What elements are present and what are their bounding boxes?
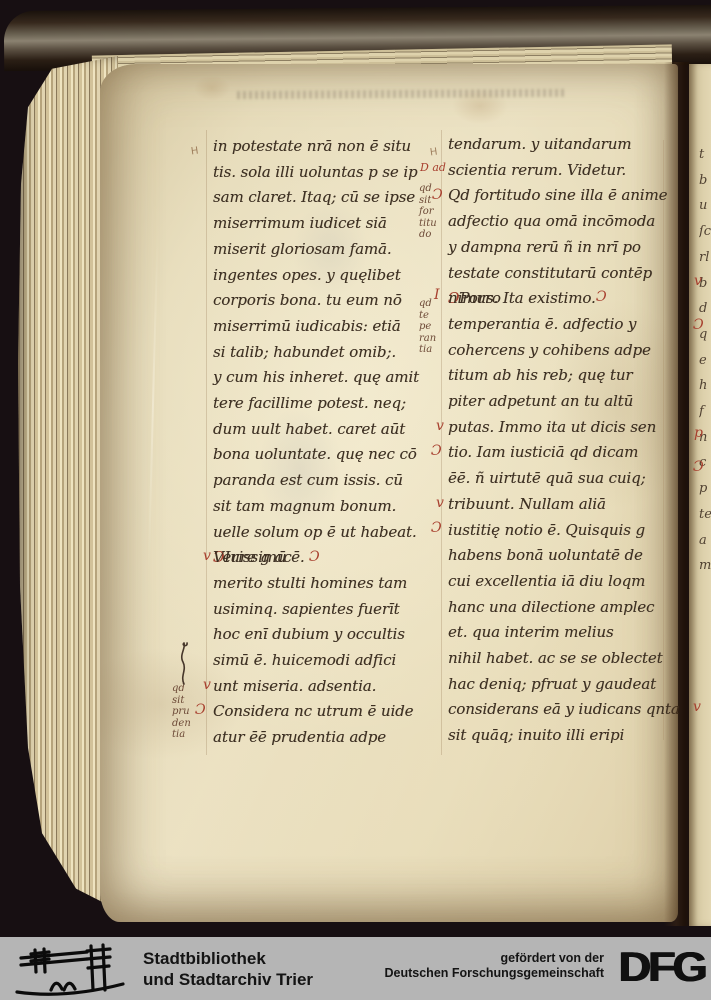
rubric-mark: v (436, 419, 444, 433)
manuscript-line: habens bonā uoluntatē de (448, 543, 676, 569)
manuscript-line: piter adpetunt an tu altū (448, 389, 676, 415)
margin-note-word: for (419, 206, 437, 218)
manuscript-line: scientia rerum. Videtur. (448, 158, 676, 184)
line-segment: Iure g ac (224, 545, 291, 571)
manuscript-line: miserrimū iudicabis: etiā (213, 314, 441, 340)
nota-flourish-icon (175, 640, 193, 686)
margin-note-word: titu (419, 218, 437, 230)
funding-credit: gefördert von der Deutschen Forschungsge… (280, 951, 604, 980)
rubric-mark: Ɔ (431, 521, 442, 535)
margin-note-word: qd (419, 183, 437, 195)
rubric-mark: v (203, 678, 211, 692)
rubric-mark: Ɔ (431, 444, 442, 458)
manuscript-line: tio. Iam iusticiā qd dicam (448, 440, 676, 466)
pencil-mark: H (190, 146, 199, 158)
line-segment: Porro (459, 286, 500, 312)
facing-page-text-fragments: tbuſcrlbdqehfncpteam (699, 142, 711, 682)
manuscript-line: sit quāq; inuito illi eripi (448, 723, 676, 749)
manuscript-line: cohercens y cohibens adpe (448, 338, 676, 364)
margin-note-word: tia (419, 344, 436, 356)
manuscript-line: y cum his inheret. quę amit (213, 365, 441, 391)
manuscript-line: miserit gloriosam famā. (213, 237, 441, 263)
margin-note-fortitudo: qd sit for titu do (419, 183, 437, 241)
manuscript-line: tis. sola illi uoluntas p se ip (213, 160, 441, 186)
pencil-mark: H (429, 147, 438, 159)
manuscript-line: ingentes opes. y quęlibet (213, 263, 441, 289)
manuscript-line: testate constitutarū contēp (448, 261, 676, 287)
book-gutter (664, 62, 691, 926)
manuscript-line: Considera nc utrum ē uide (213, 699, 441, 725)
rubric-mark: v (436, 496, 444, 510)
manuscript-line: hoc enī dubium y occultis (213, 622, 441, 648)
ruling-line (206, 130, 207, 755)
rubric-mark: Ɔ (693, 460, 704, 474)
manuscript-line: nimus. Ita existimo. Ɔ Porro (448, 286, 676, 312)
funding-credit-line1: gefördert von der (280, 951, 604, 966)
manuscript-line: temperantia ē. adfectio y (448, 312, 676, 338)
manuscript-line: iustitię notio ē. Quisquis g (448, 518, 676, 544)
manuscript-photo: in potestate nrā non ē situ tis. sola il… (0, 0, 711, 1000)
text-column-right: tendarum. y uitandarum scientia rerum. V… (448, 132, 676, 749)
manuscript-line: hanc una dilectione amplec (448, 595, 676, 621)
manuscript-line: tere facillime potest. neq; (213, 391, 441, 417)
manuscript-line: ēē. ñ uirtutē quā sua cuiq; (448, 466, 676, 492)
margin-note-word: sit (419, 195, 437, 207)
rubric-mark: Ɔ (693, 318, 704, 332)
dfg-logo: DFG (612, 940, 711, 998)
margin-note-temperantia: qd te pe ran tia (419, 298, 436, 356)
margin-note-word: pe (419, 321, 436, 333)
funding-credit-line2: Deutschen Forschungsgemeinschaft (280, 966, 604, 981)
manuscript-line: cui excellentia iā diu loqm (448, 569, 676, 595)
manuscript-line: considerans eā y iudicans qnta (448, 697, 676, 723)
manuscript-line: usiminq. sapientes fuerīt (213, 597, 441, 623)
margin-note-prudentia: qd sit pru den tia (172, 683, 191, 741)
margin-note-word: pru (172, 706, 191, 718)
text-column-left: in potestate nrā non ē situ tis. sola il… (213, 134, 441, 751)
rubric-mark: p (694, 426, 703, 440)
margin-note-word: tia (172, 729, 191, 741)
manuscript-line: adfectio qua omā incōmoda (448, 209, 676, 235)
manuscript-line: putas. Immo ita ut dicis sen (448, 415, 676, 441)
manuscript-line: sam claret. Itaq; cū se ipse (213, 185, 441, 211)
margin-note-ad: D ad (420, 162, 446, 174)
manuscript-line: uelle solum op ē ut habeat. (213, 520, 441, 546)
rubric-mark: Ɔ (195, 703, 206, 717)
margin-note-word: sit (172, 695, 191, 707)
manuscript-line: atur ēē prudentia adpe (213, 725, 441, 751)
manuscript-line: Verissimū ē. Ɔ Iure g ac (213, 545, 441, 571)
rubric-mark: v (203, 549, 211, 563)
rubric-mark: v (694, 274, 702, 288)
manuscript-line: tribuunt. Nullam aliā (448, 492, 676, 518)
rubric-mark: Ɔ (309, 550, 320, 564)
manuscript-line: unt miseria. adsentia. (213, 674, 441, 700)
manuscript-line: et. qua interim melius (448, 620, 676, 646)
manuscript-line: in potestate nrā non ē situ (213, 134, 441, 160)
stadtbibliothek-logo-icon (14, 942, 126, 996)
manuscript-line: bona uoluntate. quę nec cō (213, 442, 441, 468)
manuscript-line: paranda est cum issis. cū (213, 468, 441, 494)
margin-note-word: den (172, 718, 191, 730)
margin-note-word: ran (419, 333, 436, 345)
manuscript-line: Qd fortitudo sine illa ē anime (448, 183, 676, 209)
manuscript-line: merito stulti homines tam (213, 571, 441, 597)
manuscript-line: corporis bona. tu eum nō (213, 288, 441, 314)
manuscript-line: dum uult habet. caret aūt (213, 417, 441, 443)
margin-note-word: te (419, 310, 436, 322)
manuscript-line: y dampna rerū ñ in nrī po (448, 235, 676, 261)
margin-note-word: qd (419, 298, 436, 310)
rubric-mark: v (693, 700, 701, 714)
manuscript-line: titum ab his reb; quę tur (448, 363, 676, 389)
manuscript-line: si talib; habundet omib;. (213, 340, 441, 366)
manuscript-line: simū ē. huicemodi adfici (213, 648, 441, 674)
rubric-mark: Ɔ (596, 290, 607, 304)
margin-note-word: do (419, 229, 437, 241)
manuscript-line: tendarum. y uitandarum (448, 132, 676, 158)
manuscript-line: sit tam magnum bonum. (213, 494, 441, 520)
manuscript-line: nihil habet. ac se se oblectet (448, 646, 676, 672)
manuscript-line: miserrimum iudicet siā (213, 211, 441, 237)
manuscript-line: hac deniq; pfruat y gaudeat (448, 672, 676, 698)
